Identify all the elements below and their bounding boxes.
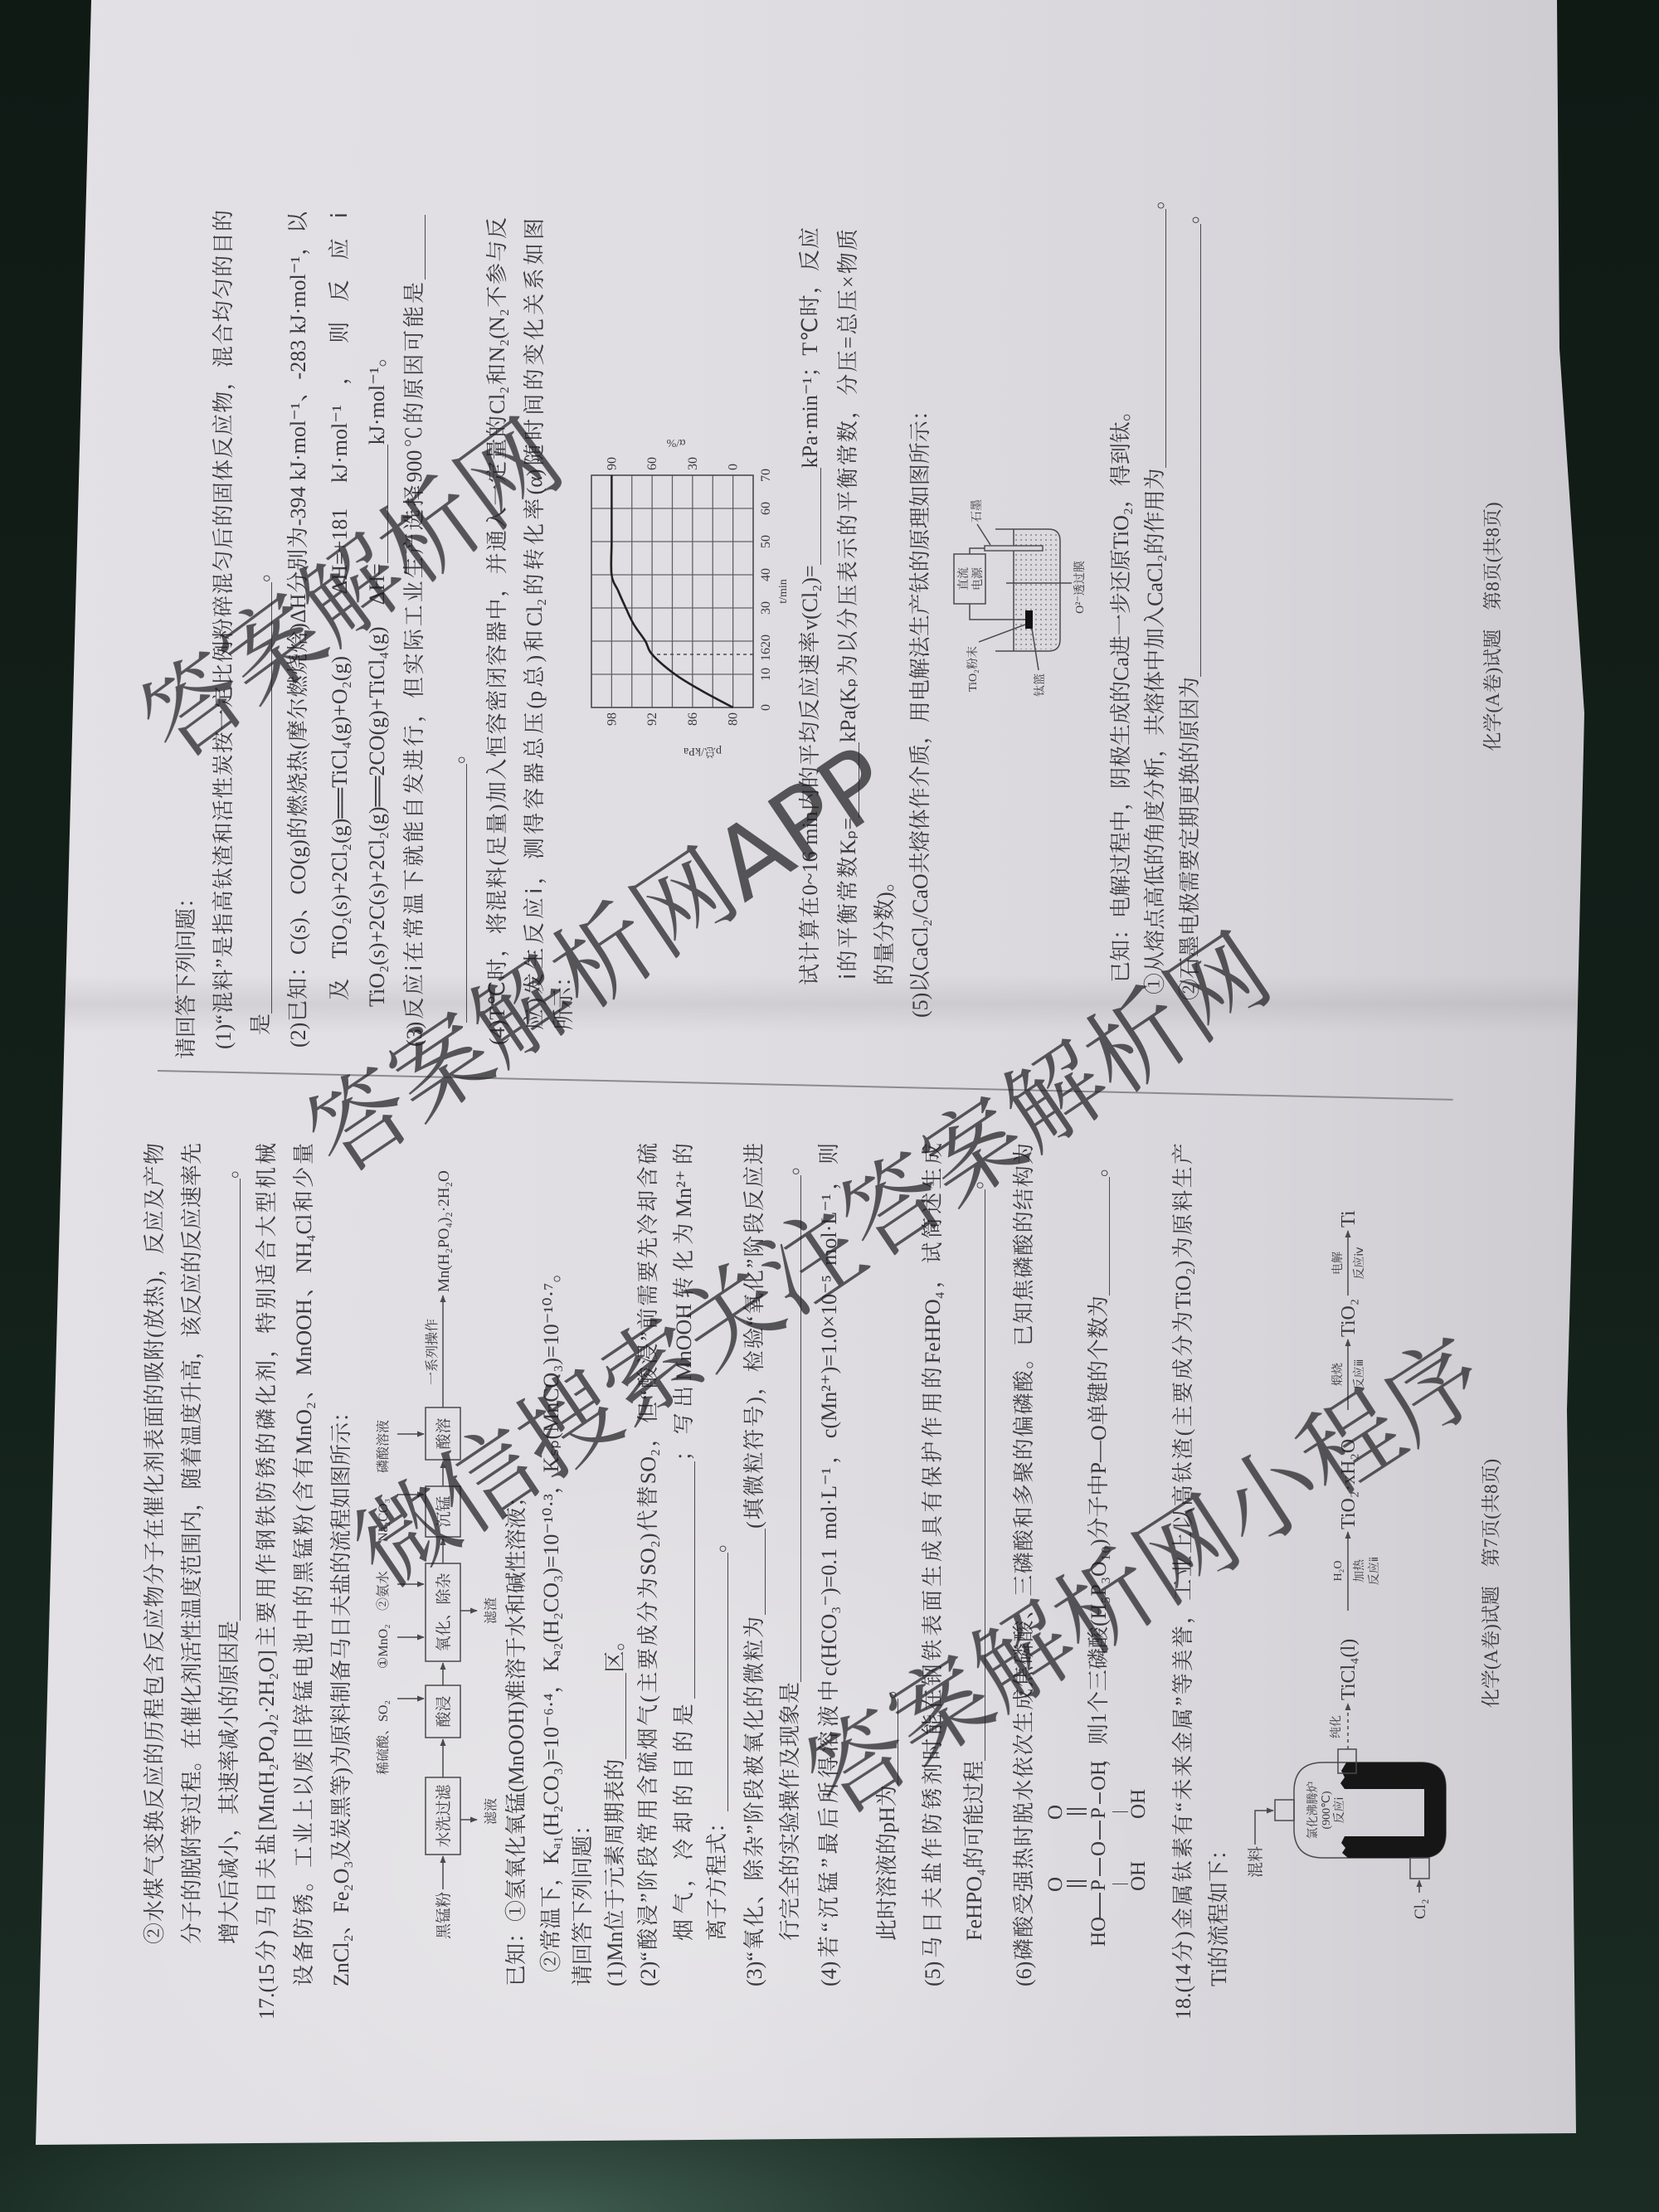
flow-start-material: 黑锰粉 xyxy=(435,1892,453,1939)
text-run: 。 xyxy=(444,742,468,764)
text-line: ②石墨电极需要定期更换的原因为。 xyxy=(1172,202,1209,1000)
flow-input-label: 磷酸溶液 xyxy=(376,1420,391,1473)
x-tick-label: 16 xyxy=(759,648,773,661)
flow-input-label: ①MnO₂ xyxy=(377,1624,391,1669)
anode-wire xyxy=(970,548,985,554)
text-line: TiO₂(s)+2C(s)+2Cl₂(g)══2CO(g)+TiCl₄(g) Δ… xyxy=(359,345,396,1007)
question-17-title: 17.(15分)马日夫盐[Mn(H₂PO₄)₂·2H₂O]主要用作钢铁防锈的磷化… xyxy=(249,1143,285,2020)
y2-tick-label: 30 xyxy=(686,457,700,470)
text-run: 。 xyxy=(705,1531,729,1553)
text-run: 。 xyxy=(217,1157,241,1179)
chlorine-inlet xyxy=(1410,1858,1429,1879)
power-supply-label: 直流 xyxy=(956,567,971,591)
text-run: 离子方程式： xyxy=(705,1811,729,1941)
x-tick-label: 20 xyxy=(759,634,773,648)
text-run: 。 xyxy=(875,1677,899,1699)
text-line: FeHPO₄的可能过程。 xyxy=(956,1168,993,1941)
flow-step-label: 氧化、除杂 xyxy=(435,1573,453,1651)
text-line: ⅰ的平衡常数Kₚ=kPa(Kₚ为以分压表示的平衡常数，分压=总压×物质 xyxy=(830,229,867,980)
answer-blank xyxy=(678,1461,695,1699)
flow-product: Mn(H₂PO₄)₂·2H₂O xyxy=(435,1170,453,1292)
arrow-reaction: 反应ⅳ xyxy=(1353,1247,1366,1279)
feed-arrow xyxy=(1255,1811,1273,1845)
furnace-inlet xyxy=(1275,1800,1294,1821)
flow-step-label: 沉锰 xyxy=(435,1495,453,1527)
text-line: (2)“酸浸”阶段常用含硫烟气(主要成分为SO₂)代替SO₂，但“酸浸”前需要先… xyxy=(630,1143,667,1986)
text-line: 已知：电解过程中，阴极生成的Ca进一步还原TiO₂，得到钛。 xyxy=(1103,400,1140,983)
structure-atom: HO xyxy=(1087,1917,1112,1947)
chlorine-label: Cl₂ xyxy=(1412,1898,1429,1919)
q18-titanium-process-diagram: 混料 氯化沸腾炉 (900℃) 反应ⅰ Cl₂ 纯化 TiCl₄(l) H₂O … xyxy=(1232,1178,1481,1941)
text-run: ②石墨电极需要定期更换的原因为 xyxy=(1178,677,1202,1000)
page-footer: 化学(A卷)试题 第7页(共8页) xyxy=(1477,1143,1506,2024)
page-footer: 化学(A卷)试题 第8页(共8页) xyxy=(1478,226,1508,1027)
text-line: 离子方程式：。 xyxy=(699,1531,736,1941)
flow-output-label: 滤渣 xyxy=(484,1597,499,1624)
text-run: 。 xyxy=(1178,202,1202,224)
single-bond xyxy=(1099,1858,1101,1876)
leader-line xyxy=(977,524,990,545)
text-line: ①从熔点高低的角度分析，共熔体中加入CaCl₂的作用为。 xyxy=(1137,187,1174,994)
feed-label: 混料 xyxy=(1247,1846,1265,1878)
structure-atom: O xyxy=(1087,1841,1112,1856)
answer-blank xyxy=(968,1189,985,1761)
text-run: 。 xyxy=(962,1168,986,1189)
text-line: (4)T℃时，将混料(足量)加入恒容密闭容器中，并通入一定量的Cl₂和N₂(N₂… xyxy=(479,217,516,1045)
answer-blank xyxy=(804,468,821,565)
graphite-electrode xyxy=(985,546,1043,551)
text-line: ，则1个三磷酸(H₅P₃O₁₀)分子中P—O单键的个数为。 xyxy=(1081,1155,1117,1767)
y-axis-label: p总/kPa xyxy=(683,745,722,758)
text-line: (3)反应ⅰ在常温下就能自发进行，但实际工业生产选择900℃的原因可能是 xyxy=(397,215,433,1047)
structure-atom: P xyxy=(1087,1807,1112,1819)
text-line: (5)马日夫盐作防锈剂时能在钢铁表面生成具有保护作用的FeHPO₄，试简述生成 xyxy=(915,1143,951,1986)
text-line: 烟气，冷却的目的是；写出MnOOH转化为Mn²⁺的 xyxy=(666,1143,703,1941)
text-line: (6)磷酸受强热时脱水依次生成焦磷酸、三磷酸和多聚的偏磷酸。已知焦磷酸的结构为 xyxy=(1006,1143,1043,1986)
flow-input-label: Na₂CO₃ xyxy=(377,1499,391,1542)
text-run: 试计算在0~16 min内的平均反应速率v(Cl₂)= xyxy=(798,565,822,985)
x-axis-label: t/min xyxy=(777,579,790,604)
x-tick-label: 10 xyxy=(759,668,773,681)
text-line: (3)“氧化、除杂”阶段被氧化的微粒为(填微粒符号)，检验“氧化”阶段反应进 xyxy=(737,1143,773,1986)
answer-blank xyxy=(450,764,467,1023)
electrolysis-cell-diagram: 直流 电源 石墨 TiO₂粉末 钛篮 O²⁻透过膜 xyxy=(939,463,1097,712)
flow-final-step-label: 一系列操作 xyxy=(425,1319,440,1385)
double-bond xyxy=(1067,1885,1087,1887)
text-run: kPa·min⁻¹；T℃时，反应 xyxy=(798,227,822,468)
text-line: 增大后减小，其速率减小的原因是。 xyxy=(212,1157,248,1944)
process-node: TiO₂·xH₂O xyxy=(1338,1439,1360,1529)
x-tick-label: 60 xyxy=(759,502,773,515)
text-line: 分子的脱附等过程。在催化剂活性温度范围内，随着温度升高，该反应的反应速率先 xyxy=(174,1143,211,1944)
text-line: 行完全的实验操作及现象是。 xyxy=(772,1154,809,1941)
text-line: 所示： xyxy=(546,965,582,1030)
text-line: 请回答下列问题： xyxy=(565,1814,601,1986)
text-run: 是 xyxy=(249,1014,273,1035)
text-run: ，则1个三磷酸(H₅P₃O₁₀)分子中P—O单键的个数为 xyxy=(1087,1296,1111,1767)
arrow-reagent: H₂O xyxy=(1332,1560,1345,1581)
answer-blank xyxy=(223,1179,241,1621)
y-tick-label: 80 xyxy=(727,712,741,726)
pressure-conversion-chart: 01016203040506070808692980306090 t/min p… xyxy=(566,330,806,778)
text-line: 是。 xyxy=(243,561,280,1035)
arrow-reaction: 反应ⅱ xyxy=(1368,1557,1381,1585)
answer-blank xyxy=(881,1699,898,1785)
furnace-lining xyxy=(1340,1762,1446,1858)
structure-atom: P xyxy=(1087,1879,1112,1891)
double-bond xyxy=(1067,1813,1087,1815)
double-bond xyxy=(1067,1880,1087,1882)
process-node: TiCl₄(l) xyxy=(1338,1639,1360,1700)
power-supply-label: 电源 xyxy=(971,566,985,591)
text-run: (3)“氧化、除杂”阶段被氧化的微粒为 xyxy=(742,1615,766,1986)
anode-label: 石墨 xyxy=(971,499,984,523)
exam-page-8: 请回答下列问题： (1)“混料”是指高钛渣和活性炭按一定比例粉碎混匀后的固体反应… xyxy=(168,226,1528,1027)
structure-atom: O xyxy=(1044,1877,1068,1892)
arrow-reaction: 反应ⅲ xyxy=(1353,1359,1366,1390)
basket-label: 钛篮 xyxy=(1033,673,1047,697)
q17-process-flowchart: 黑锰粉 水洗过滤 酸浸 氧化、除杂 沉锰 酸溶 一系列操作 Mn(H₂PO₄)₂… xyxy=(361,1145,506,1974)
text-line: 及TiO₂(s)+2Cl₂(g)══TiCl₄(g)+O₂(g) ΔH=+181… xyxy=(322,212,358,1000)
answer-blank xyxy=(1149,209,1166,468)
text-run: 区。 xyxy=(603,1630,627,1673)
text-run: TiO₂(s)+2C(s)+2Cl₂(g)══2CO(g)+TiCl₄(g) Δ… xyxy=(365,563,389,1007)
flow-input-label: 稀硫酸、SO₂ xyxy=(376,1700,391,1775)
x-tick-label: 70 xyxy=(759,469,773,482)
arrow-condition: 煅烧 xyxy=(1331,1363,1345,1386)
single-bond xyxy=(1099,1893,1101,1918)
answer-blank xyxy=(1092,1177,1110,1296)
text-line: 已知：①氢氧化氧锰(MnOOH)难溶于水和碱性溶液； xyxy=(499,1485,535,1986)
question-18-title: 18.(14分)金属钛素有“未来金属”等美誉，工业上以高钛渣(主要成分为TiO₂… xyxy=(1165,1143,1202,2020)
furnace-temperature: (900℃) xyxy=(1321,1791,1333,1829)
y-tick-label: 86 xyxy=(686,712,700,726)
single-bond xyxy=(1099,1821,1101,1840)
structure-atom: OH xyxy=(1126,1861,1151,1891)
furnace-reaction: 反应ⅰ xyxy=(1333,1797,1346,1824)
y2-tick-label: 90 xyxy=(605,457,619,470)
text-run: (3)反应ⅰ在常温下就能自发进行，但实际工业生产选择900℃的原因可能是 xyxy=(402,280,426,1047)
double-bond xyxy=(1067,1808,1087,1810)
answer-blank xyxy=(748,1529,766,1615)
flow-step-label: 酸溶 xyxy=(435,1417,453,1449)
text-line: 设备防锈。工业上以废旧锌锰电池中的黑锰粉(含有MnO₂、MnOOH、NH₄Cl和… xyxy=(286,1143,323,1986)
purify-label: 纯化 xyxy=(1330,1715,1343,1738)
text-run: 此时溶液的pH为 xyxy=(875,1785,899,1941)
x-tick-label: 30 xyxy=(759,601,773,615)
text-line: 试计算在0~16 min内的平均反应速率v(Cl₂)=kPa·min⁻¹；T℃时… xyxy=(792,227,829,985)
flow-step-label: 酸浸 xyxy=(435,1695,453,1727)
text-run: 。 xyxy=(1087,1155,1111,1177)
text-run: FeHPO₄的可能过程 xyxy=(962,1761,986,1941)
text-line: (2)已知：C(s)、CO(g)的燃烧热(摩尔燃烧焓)ΔH分别为-394 kJ·… xyxy=(280,211,317,1048)
text-run: (1)Mn位于元素周期表的 xyxy=(603,1759,627,1986)
text-line: 的量分数)。 xyxy=(867,870,903,985)
chart-plot-layer: 01016203040506070808692980306090 xyxy=(591,457,773,726)
answer-blank xyxy=(609,1673,626,1759)
text-run: ⅰ的平衡常数Kₚ= xyxy=(836,818,860,980)
y2-axis-label: α/% xyxy=(666,436,685,449)
answer-blank xyxy=(255,582,272,1014)
y-tick-label: 92 xyxy=(645,712,659,726)
arrow-condition: 加热 xyxy=(1352,1558,1366,1582)
powder-label: TiO₂粉末 xyxy=(966,646,980,692)
x-tick-label: 50 xyxy=(759,535,773,548)
x-tick-label: 0 xyxy=(759,704,773,711)
answer-blank xyxy=(1184,224,1201,677)
text-line: (1)Mn位于元素周期表的区。 xyxy=(597,1630,634,1986)
text-line: 请回答下列问题： xyxy=(168,887,205,1059)
answer-blank xyxy=(711,1553,728,1811)
text-run: (填微粒符号)，检验“氧化”阶段反应进 xyxy=(742,1143,766,1529)
process-node: Ti xyxy=(1338,1210,1360,1228)
answer-blank xyxy=(371,445,388,563)
text-line: ZnCl₂、Fe₂O₃及炭黑等)为原料制备马日夫盐的流程如图所示： xyxy=(324,1401,360,1986)
text-run: 行完全的实验操作及现象是 xyxy=(778,1682,802,1941)
text-line: (1)“混料”是指高钛渣和活性炭按一定比例粉碎混匀后的固体反应物，混合均匀的目的 xyxy=(206,210,242,1049)
text-line: 应)发生反应ⅰ，测得容器总压(p总)和Cl₂的转化率(α)随时间的变化关系如图 xyxy=(517,218,553,1030)
exam-page-7: ②水煤气变换反应的历程包含反应物分子在催化剂表面的吸附(放热)，反应及产物 分子… xyxy=(137,1143,1547,2024)
process-node: TiO₂ xyxy=(1338,1299,1360,1337)
text-line: (4)若“沉锰”最后所得溶液中c(HCO₃⁻)=0.1 mol·L⁻¹，c(Mn… xyxy=(811,1143,848,1986)
text-run: 烟气，冷却的目的是 xyxy=(672,1699,696,1941)
structure-atom: O xyxy=(1044,1805,1068,1820)
text-run: 增大后减小，其速率减小的原因是 xyxy=(217,1621,241,1944)
text-line: 此时溶液的pH为。 xyxy=(869,1677,906,1941)
answer-blank xyxy=(784,1175,801,1682)
flow-input-label: ②氨水 xyxy=(376,1571,391,1611)
furnace-label: 氯化沸腾炉 xyxy=(1306,1782,1320,1840)
answer-blank xyxy=(408,215,426,280)
membrane-label: O²⁻透过膜 xyxy=(1073,561,1087,614)
flow-output-label: 滤液 xyxy=(484,1798,499,1825)
single-bond xyxy=(1099,1792,1101,1804)
text-line: 。 xyxy=(438,742,474,1023)
answer-blank xyxy=(842,742,859,818)
y2-tick-label: 60 xyxy=(645,457,659,470)
text-run: kPa(Kₚ为以分压表示的平衡常数，分压=总压×物质 xyxy=(836,229,860,742)
tio2-in-titanium-basket xyxy=(1025,610,1033,629)
text-run: 。 xyxy=(1143,187,1167,209)
text-line: (5)以CaCl₂/CaO共熔体作介质，用电解法生产钛的原理如图所示： xyxy=(902,399,939,1018)
arrow-condition: 电解 xyxy=(1331,1252,1345,1275)
y-tick-label: 98 xyxy=(605,712,619,726)
structure-atom: OH xyxy=(1126,1789,1151,1819)
text-run: ；写出MnOOH转化为Mn²⁺的 xyxy=(672,1143,696,1461)
y2-tick-label: 0 xyxy=(727,464,741,470)
x-tick-label: 40 xyxy=(759,568,773,581)
flow-step-label: 水洗过滤 xyxy=(435,1784,453,1848)
text-run: kJ·mol⁻¹。 xyxy=(365,345,389,445)
text-run: ①从熔点高低的角度分析，共熔体中加入CaCl₂的作用为 xyxy=(1143,468,1167,994)
text-run: 。 xyxy=(778,1154,802,1175)
text-run: 。 xyxy=(249,561,273,582)
text-line: ②水煤气变换反应的历程包含反应物分子在催化剂表面的吸附(放热)，反应及产物 xyxy=(137,1143,173,1944)
